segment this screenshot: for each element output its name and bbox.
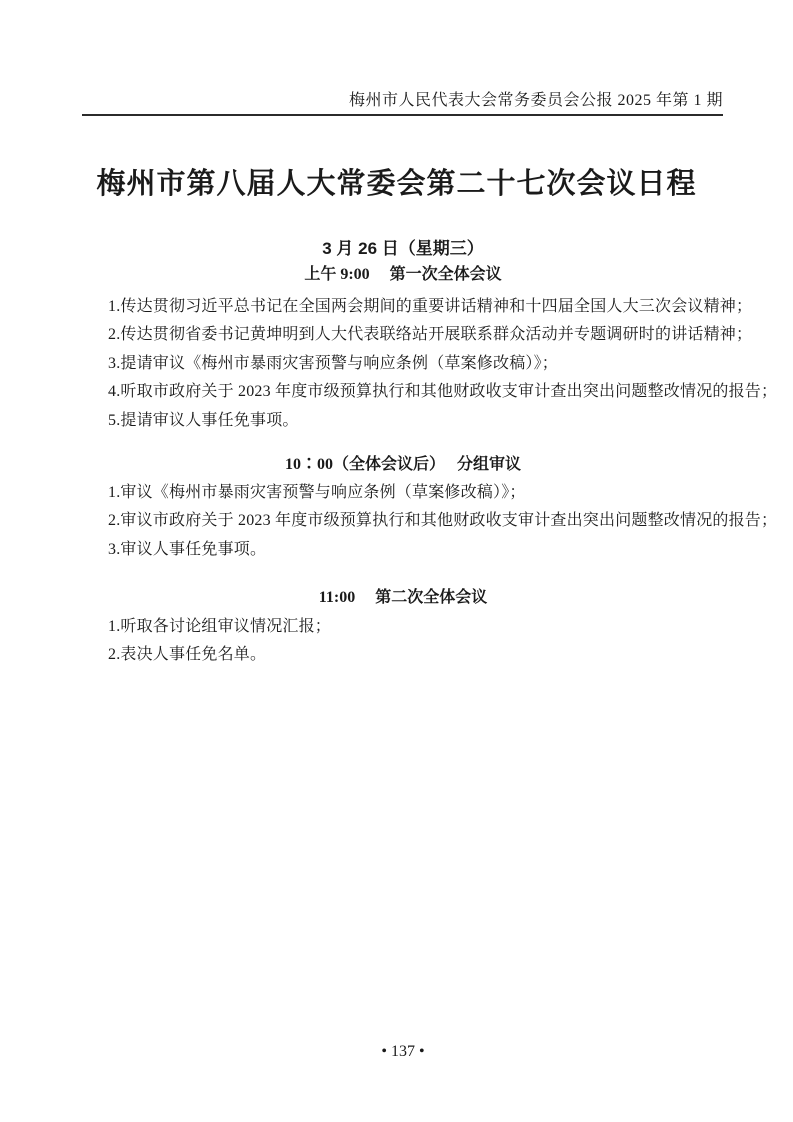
agenda-item: 2.表决人事任免名单。 xyxy=(108,641,728,669)
session-1-agenda-list: 1.传达贯彻习近平总书记在全国两会期间的重要讲话精神和十四届全国人大三次会议精神… xyxy=(108,293,728,435)
agenda-item: 2.审议市政府关于 2023 年度市级预算执行和其他财政收支审计查出突出问题整改… xyxy=(108,507,728,535)
session-2-agenda-list: 1.审议《梅州市暴雨灾害预警与响应条例（草案修改稿）》； 2.审议市政府关于 2… xyxy=(108,479,728,564)
header-rule xyxy=(82,114,723,116)
agenda-item: 1.审议《梅州市暴雨灾害预警与响应条例（草案修改稿）》； xyxy=(108,479,728,507)
agenda-item: 4.听取市政府关于 2023 年度市级预算执行和其他财政收支审计查出突出问题整改… xyxy=(108,378,728,406)
agenda-item: 1.传达贯彻习近平总书记在全国两会期间的重要讲话精神和十四届全国人大三次会议精神… xyxy=(108,293,728,321)
agenda-item: 5.提请审议人事任免事项。 xyxy=(108,407,728,435)
document-title: 梅州市第八届人大常委会第二十七次会议日程 xyxy=(60,164,733,204)
meeting-date-heading: 3 月 26 日（星期三） xyxy=(83,235,723,263)
session-2-time-heading: 10∶00（全体会议后） 分组审议 xyxy=(83,451,723,479)
running-header: 梅州市人民代表大会常务委员会公报 2025 年第 1 期 xyxy=(83,91,723,111)
agenda-item: 3.审议人事任免事项。 xyxy=(108,536,728,564)
page-number: • 137 • xyxy=(83,1042,723,1062)
session-1-time-heading: 上午 9:00 第一次全体会议 xyxy=(83,261,723,289)
agenda-item: 1.听取各讨论组审议情况汇报； xyxy=(108,613,728,641)
bulletin-page: 梅州市人民代表大会常务委员会公报 2025 年第 1 期 梅州市第八届人大常委会… xyxy=(0,0,793,1122)
session-3-agenda-list: 1.听取各讨论组审议情况汇报； 2.表决人事任免名单。 xyxy=(108,613,728,670)
agenda-item: 3.提请审议《梅州市暴雨灾害预警与响应条例（草案修改稿）》； xyxy=(108,350,728,378)
agenda-item: 2.传达贯彻省委书记黄坤明到人大代表联络站开展联系群众活动并专题调研时的讲话精神… xyxy=(108,321,728,349)
session-3-time-heading: 11:00 第二次全体会议 xyxy=(83,584,723,612)
